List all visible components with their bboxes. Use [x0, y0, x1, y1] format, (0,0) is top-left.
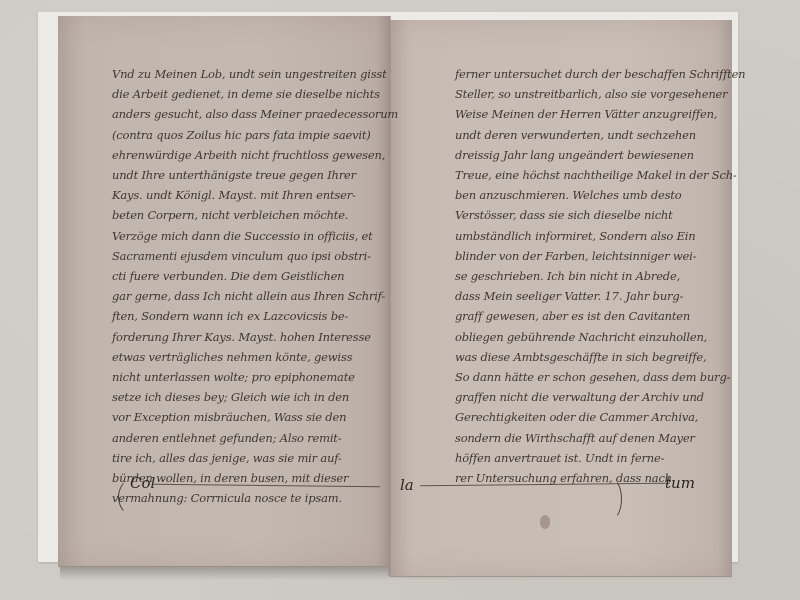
manuscript-line: die Arbeit gedienet, in deme sie dieselb…: [112, 84, 384, 104]
manuscript-line: Sacramenti ejusdem vinculum quo ipsi obs…: [112, 246, 384, 266]
manuscript-line: Vnd zu Meinen Lob, undt sein ungestreite…: [112, 64, 384, 84]
manuscript-line: graffen nicht die verwaltung der Archiv …: [455, 387, 723, 407]
manuscript-line: was diese Ambtsgeschäffte in sich begrei…: [455, 347, 723, 367]
manuscript-line: blinder von der Farben, leichtsinniger w…: [455, 246, 723, 266]
manuscript-line: Kays. undt Königl. Mayst. mit Ihren ents…: [112, 185, 384, 205]
manuscript-line: setze ich dieses bey; Gleich wie ich in …: [112, 387, 384, 407]
left-page-text: Vnd zu Meinen Lob, undt sein ungestreite…: [112, 64, 384, 508]
manuscript-line: (contra quos Zoilus hic pars fata impie …: [112, 125, 384, 145]
manuscript-line: umbständlich informiret, Sondern also Ei…: [455, 226, 723, 246]
manuscript-line: ferner untersuchet durch der beschaffen …: [455, 64, 723, 84]
manuscript-line: beten Corpern, nicht verbleichen möchte.: [112, 205, 384, 225]
manuscript-line: gar gerne, dass Ich nicht allein aus Ihr…: [112, 286, 384, 306]
manuscript-line: So dann hätte er schon gesehen, dass dem…: [455, 367, 723, 387]
manuscript-line: etwas verträgliches nehmen könte, gewiss: [112, 347, 384, 367]
manuscript-line: nicht unterlassen wolte; pro epiphonemat…: [112, 367, 384, 387]
manuscript-line: anderen entlehnet gefunden; Also remit-: [112, 428, 384, 448]
manuscript-line: ften, Sondern wann ich ex Lazcovicsis be…: [112, 306, 384, 326]
book-gutter: [388, 16, 391, 576]
right-page-text: ferner untersuchet durch der beschaffen …: [455, 64, 723, 488]
manuscript-line: ben anzuschmieren. Welches umb desto: [455, 185, 723, 205]
manuscript-line: vor Exception misbräuchen, Wass sie den: [112, 407, 384, 427]
manuscript-line: Treue, eine höchst nachtheilige Makel in…: [455, 165, 723, 185]
manuscript-line: Gerechtigkeiten oder die Cammer Archiva,: [455, 407, 723, 427]
manuscript-line: tire ich, alles das jenige, was sie mir …: [112, 448, 384, 468]
manuscript-line: undt Ihre unterthänigste treue gegen Ihr…: [112, 165, 384, 185]
manuscript-line: obliegen gebührende Nachricht einzuholle…: [455, 327, 723, 347]
catchword-right-end: tum: [665, 474, 695, 492]
manuscript-line: ehrenwürdige Arbeith nicht fruchtloss ge…: [112, 145, 384, 165]
manuscript-line: dreissig Jahr lang ungeändert bewiesenen: [455, 145, 723, 165]
manuscript-line: sondern die Wirthschafft auf denen Mayer: [455, 428, 723, 448]
manuscript-line: höffen anvertrauet ist. Undt in ferne-: [455, 448, 723, 468]
manuscript-line: cti fuere verbunden. Die dem Geistlichen: [112, 266, 384, 286]
manuscript-line: Weise Meinen der Herren Vätter anzugreif…: [455, 104, 723, 124]
catchword-right-start: la: [400, 476, 414, 494]
manuscript-line: Verzöge mich dann die Successio in offic…: [112, 226, 384, 246]
manuscript-line: Steller, so unstreitbarlich, also sie vo…: [455, 84, 723, 104]
manuscript-line: forderung Ihrer Kays. Mayst. hohen Inter…: [112, 327, 384, 347]
flourish-decoration: [600, 478, 622, 520]
manuscript-line: dass Mein seeliger Vatter. 17. Jahr burg…: [455, 286, 723, 306]
ink-stain: [540, 515, 550, 529]
manuscript-line: graff gewesen, aber es ist den Cavitante…: [455, 306, 723, 326]
manuscript-line: undt deren verwunderten, undt sechzehen: [455, 125, 723, 145]
manuscript-line: Verstösser, dass sie sich dieselbe nicht: [455, 205, 723, 225]
manuscript-line: se geschrieben. Ich bin nicht in Abrede,: [455, 266, 723, 286]
manuscript-line: anders gesucht, also dass Meiner praedec…: [112, 104, 384, 124]
